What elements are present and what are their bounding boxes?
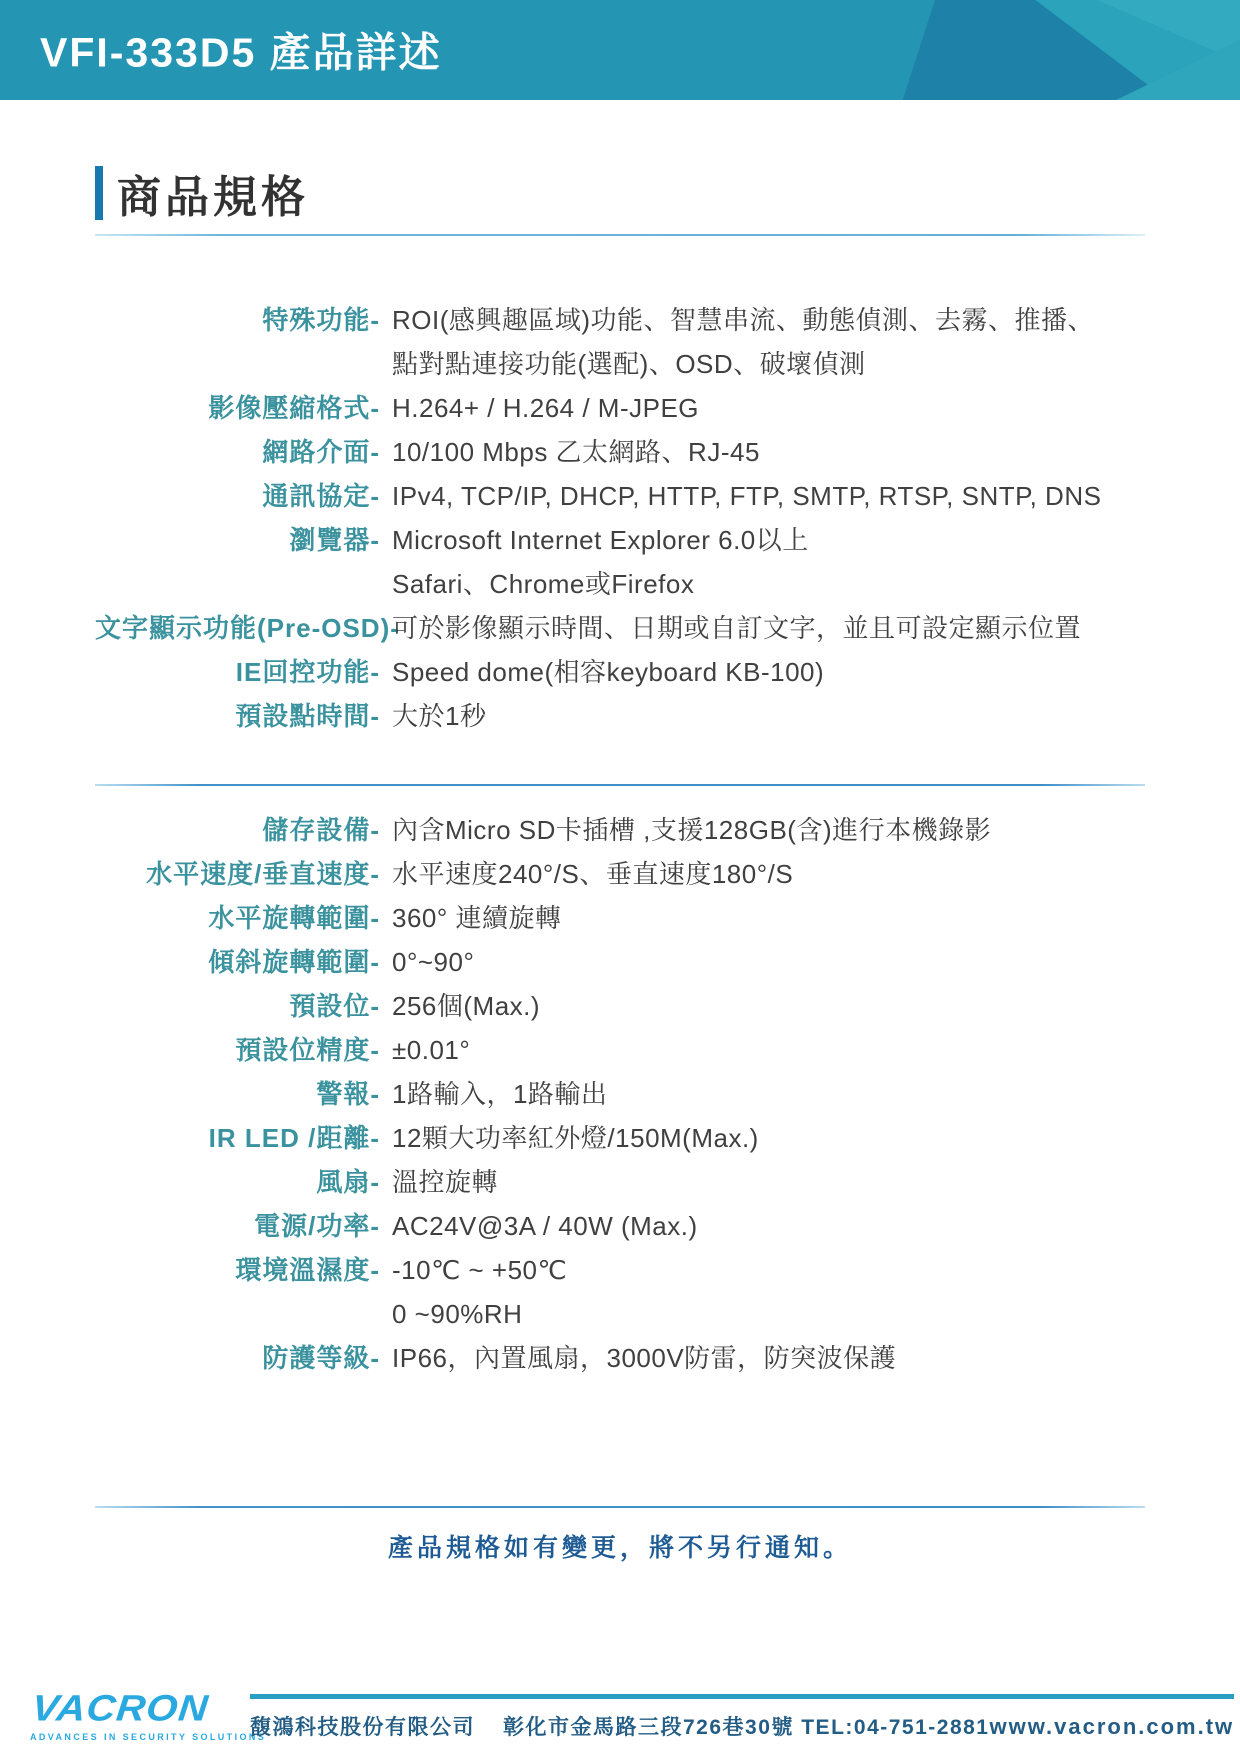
spec-label: 影像壓縮格式-	[95, 386, 380, 430]
footer-info-area: 馥鴻科技股份有限公司彰化市金馬路三段726巷30號 TEL:04-751-288…	[250, 1684, 1240, 1754]
section-heading: 商品規格	[95, 164, 1145, 222]
spec-row: 環境溫濕度- -10℃ ~ +50℃0 ~90%RH	[95, 1248, 1145, 1336]
header-banner: VFI-333D5 產品詳述	[0, 0, 1240, 100]
spec-sheet-page: VFI-333D5 產品詳述 商品規格 特殊功能- ROI(感興趣區域)功能、智…	[0, 0, 1240, 1754]
spec-label: 電源/功率-	[95, 1204, 380, 1248]
spec-row: 預設位精度- ±0.01°	[95, 1028, 1145, 1072]
spec-label: IR LED /距離-	[95, 1116, 380, 1160]
spec-value-line: 360° 連續旋轉	[392, 896, 1145, 940]
spec-value: IP66，內置風扇，3000V防雷，防突波保護	[392, 1336, 1145, 1380]
company-info: 馥鴻科技股份有限公司彰化市金馬路三段726巷30號 TEL:04-751-288…	[250, 1711, 989, 1741]
vacron-logo-wordmark: VACRON	[30, 1689, 254, 1728]
heading-underline	[95, 234, 1145, 236]
spec-content: 商品規格 特殊功能- ROI(感興趣區域)功能、智慧串流、動態偵測、去霧、推播、…	[0, 164, 1240, 1564]
spec-label: 水平速度/垂直速度-	[95, 852, 380, 896]
spec-label: 傾斜旋轉範圍-	[95, 940, 380, 984]
spec-row: 儲存設備- 內含Micro SD卡插槽 ,支援128GB(含)進行本機錄影	[95, 808, 1145, 852]
spec-value-line: -10℃ ~ +50℃	[392, 1248, 1145, 1292]
spec-value-line: 12顆大功率紅外燈/150M(Max.)	[392, 1116, 1145, 1160]
spec-row: 預設點時間- 大於1秒	[95, 694, 1145, 738]
company-address-tel: 彰化市金馬路三段726巷30號 TEL:04-751-2881	[503, 1716, 989, 1739]
spec-row: 瀏覽器- Microsoft Internet Explorer 6.0以上Sa…	[95, 518, 1145, 606]
spec-value: 溫控旋轉	[392, 1160, 1145, 1204]
spec-block-mechanical: 儲存設備- 內含Micro SD卡插槽 ,支援128GB(含)進行本機錄影 水平…	[95, 808, 1145, 1380]
spec-value-line: 10/100 Mbps 乙太網路、RJ-45	[392, 430, 1145, 474]
spec-row: IR LED /距離- 12顆大功率紅外燈/150M(Max.)	[95, 1116, 1145, 1160]
spec-label: 特殊功能-	[95, 298, 380, 342]
section-divider-2	[95, 1506, 1145, 1508]
spec-block-general: 特殊功能- ROI(感興趣區域)功能、智慧串流、動態偵測、去霧、推播、點對點連接…	[95, 298, 1145, 738]
spec-value: Microsoft Internet Explorer 6.0以上Safari、…	[392, 518, 1145, 606]
spec-value-line: 溫控旋轉	[392, 1160, 1145, 1204]
spec-label: 通訊協定-	[95, 474, 380, 518]
spec-value: 12顆大功率紅外燈/150M(Max.)	[392, 1116, 1145, 1160]
spec-label: 預設位精度-	[95, 1028, 380, 1072]
spec-value-line: Microsoft Internet Explorer 6.0以上	[392, 518, 1145, 562]
spec-label: 預設點時間-	[95, 694, 380, 738]
spec-label: 環境溫濕度-	[95, 1248, 380, 1292]
spec-row: 傾斜旋轉範圍- 0°~90°	[95, 940, 1145, 984]
spec-label: 風扇-	[95, 1160, 380, 1204]
spec-label: 網路介面-	[95, 430, 380, 474]
spec-value: 內含Micro SD卡插槽 ,支援128GB(含)進行本機錄影	[392, 808, 1145, 852]
spec-value-line: H.264+ / H.264 / M-JPEG	[392, 386, 1145, 430]
spec-value-line: 點對點連接功能(選配)、OSD、破壞偵測	[392, 342, 1145, 386]
spec-row: 警報- 1路輸入，1路輸出	[95, 1072, 1145, 1116]
spec-value-line: IPv4, TCP/IP, DHCP, HTTP, FTP, SMTP, RTS…	[392, 474, 1145, 518]
spec-row: 電源/功率- AC24V@3A / 40W (Max.)	[95, 1204, 1145, 1248]
spec-row: 預設位- 256個(Max.)	[95, 984, 1145, 1028]
spec-value: ROI(感興趣區域)功能、智慧串流、動態偵測、去霧、推播、點對點連接功能(選配)…	[392, 298, 1145, 386]
spec-row: 風扇- 溫控旋轉	[95, 1160, 1145, 1204]
heading-accent-bar	[95, 166, 103, 220]
spec-row: 影像壓縮格式- H.264+ / H.264 / M-JPEG	[95, 386, 1145, 430]
spec-value-line: AC24V@3A / 40W (Max.)	[392, 1204, 1145, 1248]
footer-texts: 馥鴻科技股份有限公司彰化市金馬路三段726巷30號 TEL:04-751-288…	[250, 1711, 1234, 1741]
company-name: 馥鴻科技股份有限公司	[250, 1716, 475, 1739]
spec-value: 水平速度240°/S、垂直速度180°/S	[392, 852, 1145, 896]
spec-label: IE回控功能-	[95, 650, 380, 694]
spec-value-line: 0 ~90%RH	[392, 1292, 1145, 1336]
spec-row: 防護等級- IP66，內置風扇，3000V防雷，防突波保護	[95, 1336, 1145, 1380]
footer-accent-bar	[250, 1694, 1234, 1699]
spec-row: 文字顯示功能(Pre-OSD)- 可於影像顯示時間、日期或自訂文字，並且可設定顯…	[95, 606, 1145, 650]
spec-value-line: IP66，內置風扇，3000V防雷，防突波保護	[392, 1336, 1145, 1380]
spec-value-line: 256個(Max.)	[392, 984, 1145, 1028]
spec-value: 0°~90°	[392, 940, 1145, 984]
spec-value-line: Speed dome(相容keyboard KB-100)	[392, 650, 1145, 694]
spec-value: 1路輸入，1路輸出	[392, 1072, 1145, 1116]
section-divider-1	[95, 784, 1145, 786]
spec-value: 256個(Max.)	[392, 984, 1145, 1028]
spec-label: 水平旋轉範圍-	[95, 896, 380, 940]
spec-value: 10/100 Mbps 乙太網路、RJ-45	[392, 430, 1145, 474]
spec-label: 瀏覽器-	[95, 518, 380, 562]
spec-value: IPv4, TCP/IP, DHCP, HTTP, FTP, SMTP, RTS…	[392, 474, 1145, 518]
spec-row: IE回控功能- Speed dome(相容keyboard KB-100)	[95, 650, 1145, 694]
spec-value: H.264+ / H.264 / M-JPEG	[392, 386, 1145, 430]
spec-value: -10℃ ~ +50℃0 ~90%RH	[392, 1248, 1145, 1336]
spec-value-line: 1路輸入，1路輸出	[392, 1072, 1145, 1116]
spec-label: 預設位-	[95, 984, 380, 1028]
spec-value-line: 可於影像顯示時間、日期或自訂文字，並且可設定顯示位置	[392, 606, 1145, 650]
spec-value-line: ±0.01°	[392, 1028, 1145, 1072]
spec-value-line: Safari、Chrome或Firefox	[392, 562, 1145, 606]
spec-value: 可於影像顯示時間、日期或自訂文字，並且可設定顯示位置	[392, 606, 1145, 650]
spec-value: ±0.01°	[392, 1028, 1145, 1072]
spec-row: 特殊功能- ROI(感興趣區域)功能、智慧串流、動態偵測、去霧、推播、點對點連接…	[95, 298, 1145, 386]
spec-value-line: 0°~90°	[392, 940, 1145, 984]
spec-row: 網路介面- 10/100 Mbps 乙太網路、RJ-45	[95, 430, 1145, 474]
spec-label: 警報-	[95, 1072, 380, 1116]
spec-label: 文字顯示功能(Pre-OSD)-	[95, 606, 380, 650]
section-heading-text: 商品規格	[117, 161, 309, 225]
spec-label: 防護等級-	[95, 1336, 380, 1380]
spec-value-line: 大於1秒	[392, 694, 1145, 738]
spec-value: 360° 連續旋轉	[392, 896, 1145, 940]
spec-label: 儲存設備-	[95, 808, 380, 852]
spec-value-line: 水平速度240°/S、垂直速度180°/S	[392, 852, 1145, 896]
spec-row: 水平旋轉範圍- 360° 連續旋轉	[95, 896, 1145, 940]
spec-value: AC24V@3A / 40W (Max.)	[392, 1204, 1145, 1248]
disclaimer-note: 產品規格如有變更，將不另行通知。	[95, 1528, 1145, 1564]
spec-value-line: 內含Micro SD卡插槽 ,支援128GB(含)進行本機錄影	[392, 808, 1145, 852]
spec-value: 大於1秒	[392, 694, 1145, 738]
spec-value: Speed dome(相容keyboard KB-100)	[392, 650, 1145, 694]
vacron-logo: VACRON ADVANCES IN SECURITY SOLUTIONS	[0, 1684, 250, 1754]
page-footer: VACRON ADVANCES IN SECURITY SOLUTIONS 馥鴻…	[0, 1684, 1240, 1754]
spec-row: 水平速度/垂直速度- 水平速度240°/S、垂直速度180°/S	[95, 852, 1145, 896]
page-title: VFI-333D5 產品詳述	[40, 19, 442, 78]
vacron-logo-tagline: ADVANCES IN SECURITY SOLUTIONS	[30, 1732, 250, 1742]
spec-value-line: ROI(感興趣區域)功能、智慧串流、動態偵測、去霧、推播、	[392, 298, 1145, 342]
website-link[interactable]: www.vacron.com.tw	[989, 1714, 1234, 1740]
spec-row: 通訊協定- IPv4, TCP/IP, DHCP, HTTP, FTP, SMT…	[95, 474, 1145, 518]
